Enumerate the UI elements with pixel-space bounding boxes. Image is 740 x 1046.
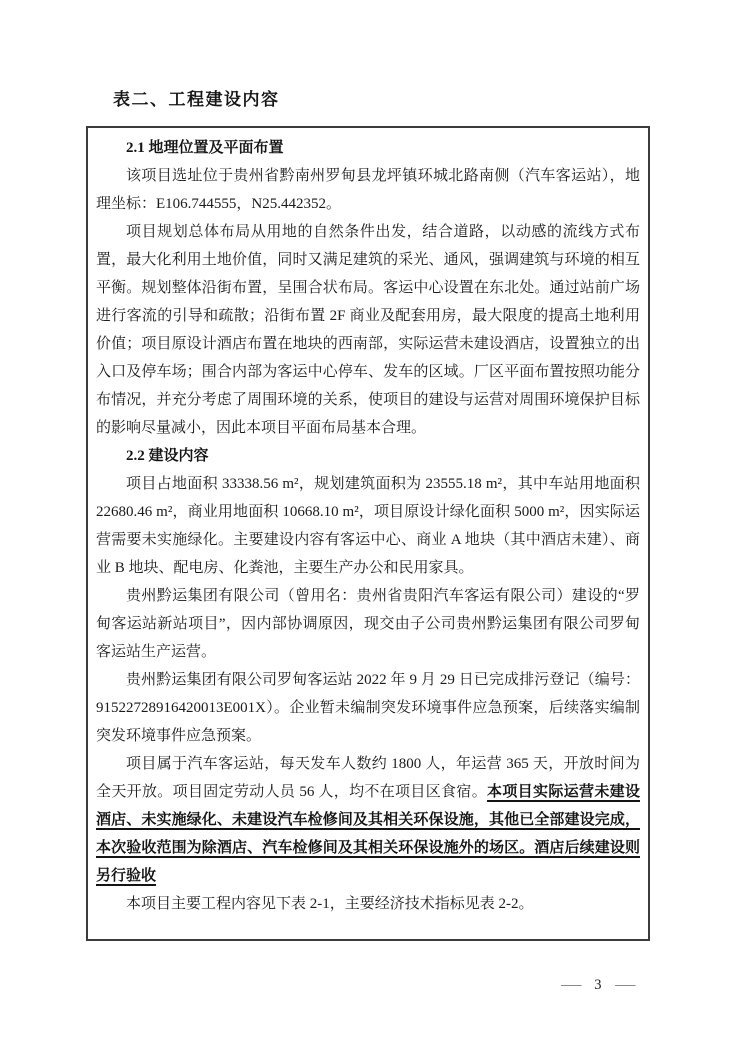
footer-dash-left: — <box>561 977 581 994</box>
page-title: 表二、工程建设内容 <box>113 85 280 110</box>
page-number: 3 <box>594 977 601 994</box>
paragraph-construction-scale: 项目占地面积 33338.56 m²，规划建筑面积为 23555.18 m²，其… <box>96 470 640 582</box>
paragraph-operation-info: 项目属于汽车客运站，每天发车人数约 1800 人，年运营 365 天，开放时间为… <box>96 750 640 890</box>
section-2-1-heading: 2.1 地理位置及平面布置 <box>96 134 640 162</box>
document-page: 表二、工程建设内容 2.1 地理位置及平面布置 该项目选址位于贵州省黔南州罗甸县… <box>0 0 740 1046</box>
paragraph-tables-reference: 本项目主要工程内容见下表 2-1，主要经济技术指标见表 2-2。 <box>96 890 640 918</box>
paragraph-location: 该项目选址位于贵州省黔南州罗甸县龙坪镇环城北路南侧（汽车客运站），地理坐标：E1… <box>96 162 640 218</box>
page-footer: — 3 — <box>564 977 632 994</box>
paragraph-layout: 项目规划总体布局从用地的自然条件出发，结合道路，以动感的流线方式布置，最大化利用… <box>96 218 640 442</box>
content-box: 2.1 地理位置及平面布置 该项目选址位于贵州省黔南州罗甸县龙坪镇环城北路南侧（… <box>86 126 650 941</box>
paragraph-company-history: 贵州黔运集团有限公司（曾用名：贵州省贵阳汽车客运有限公司）建设的“罗甸客运站新站… <box>96 582 640 666</box>
footer-dash-right: — <box>615 977 635 994</box>
section-2-2-heading: 2.2 建设内容 <box>96 442 640 470</box>
paragraph-pollution-registration: 贵州黔运集团有限公司罗甸客运站 2022 年 9 月 29 日已完成排污登记（编… <box>96 666 640 750</box>
